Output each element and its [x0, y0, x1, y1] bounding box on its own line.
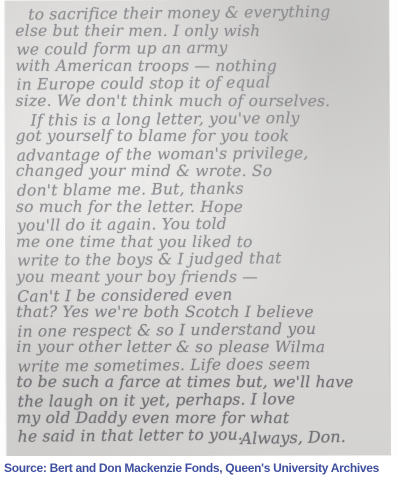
letter-line: don't blame me. But, thanks	[17, 179, 384, 200]
letter-line: to sacrifice their money & everything	[16, 3, 383, 24]
letter-line: If this is a long letter, you've only	[17, 109, 384, 130]
letter-line: changed your mind & wrote. So	[16, 163, 383, 181]
letter-line: that? Yes we're both Scotch I believe	[16, 304, 383, 322]
letter-scan-page: to sacrifice their money & everything el…	[0, 0, 398, 480]
letter-line: size. We don't think much of ourselves.	[16, 93, 383, 111]
letter-line: else but their men. I only wish	[15, 22, 382, 40]
letter-line: you'll do it again. You told	[17, 214, 384, 235]
letter-line: Can't I be considered even	[17, 285, 384, 306]
letter-line: you meant your boy friends —	[16, 269, 383, 287]
letter-paper: to sacrifice their money & everything el…	[4, 0, 391, 457]
letter-line: my old Daddy even more for what	[17, 409, 384, 427]
letter-line: to be such a farce at times but, we'll h…	[17, 374, 384, 392]
letter-line: so much for the letter. Hope	[16, 198, 383, 216]
letter-line: in one respect & so I understand you	[17, 320, 384, 341]
letter-line: we could form up an army	[16, 38, 383, 59]
source-caption-text: Source: Bert and Don Mackenzie Fonds, Qu…	[4, 461, 379, 475]
letter-line: the laugh on it yet, perhaps. I love	[18, 390, 385, 411]
letter-line: in Europe could stop it of equal	[16, 74, 383, 95]
letter-line: in your other letter & so please Wilma	[16, 339, 383, 357]
letter-line: got yourself to blame for you took	[16, 128, 383, 146]
letter-line: write to the boys & I judged that	[17, 250, 384, 271]
source-caption: Source: Bert and Don Mackenzie Fonds, Qu…	[0, 456, 398, 480]
